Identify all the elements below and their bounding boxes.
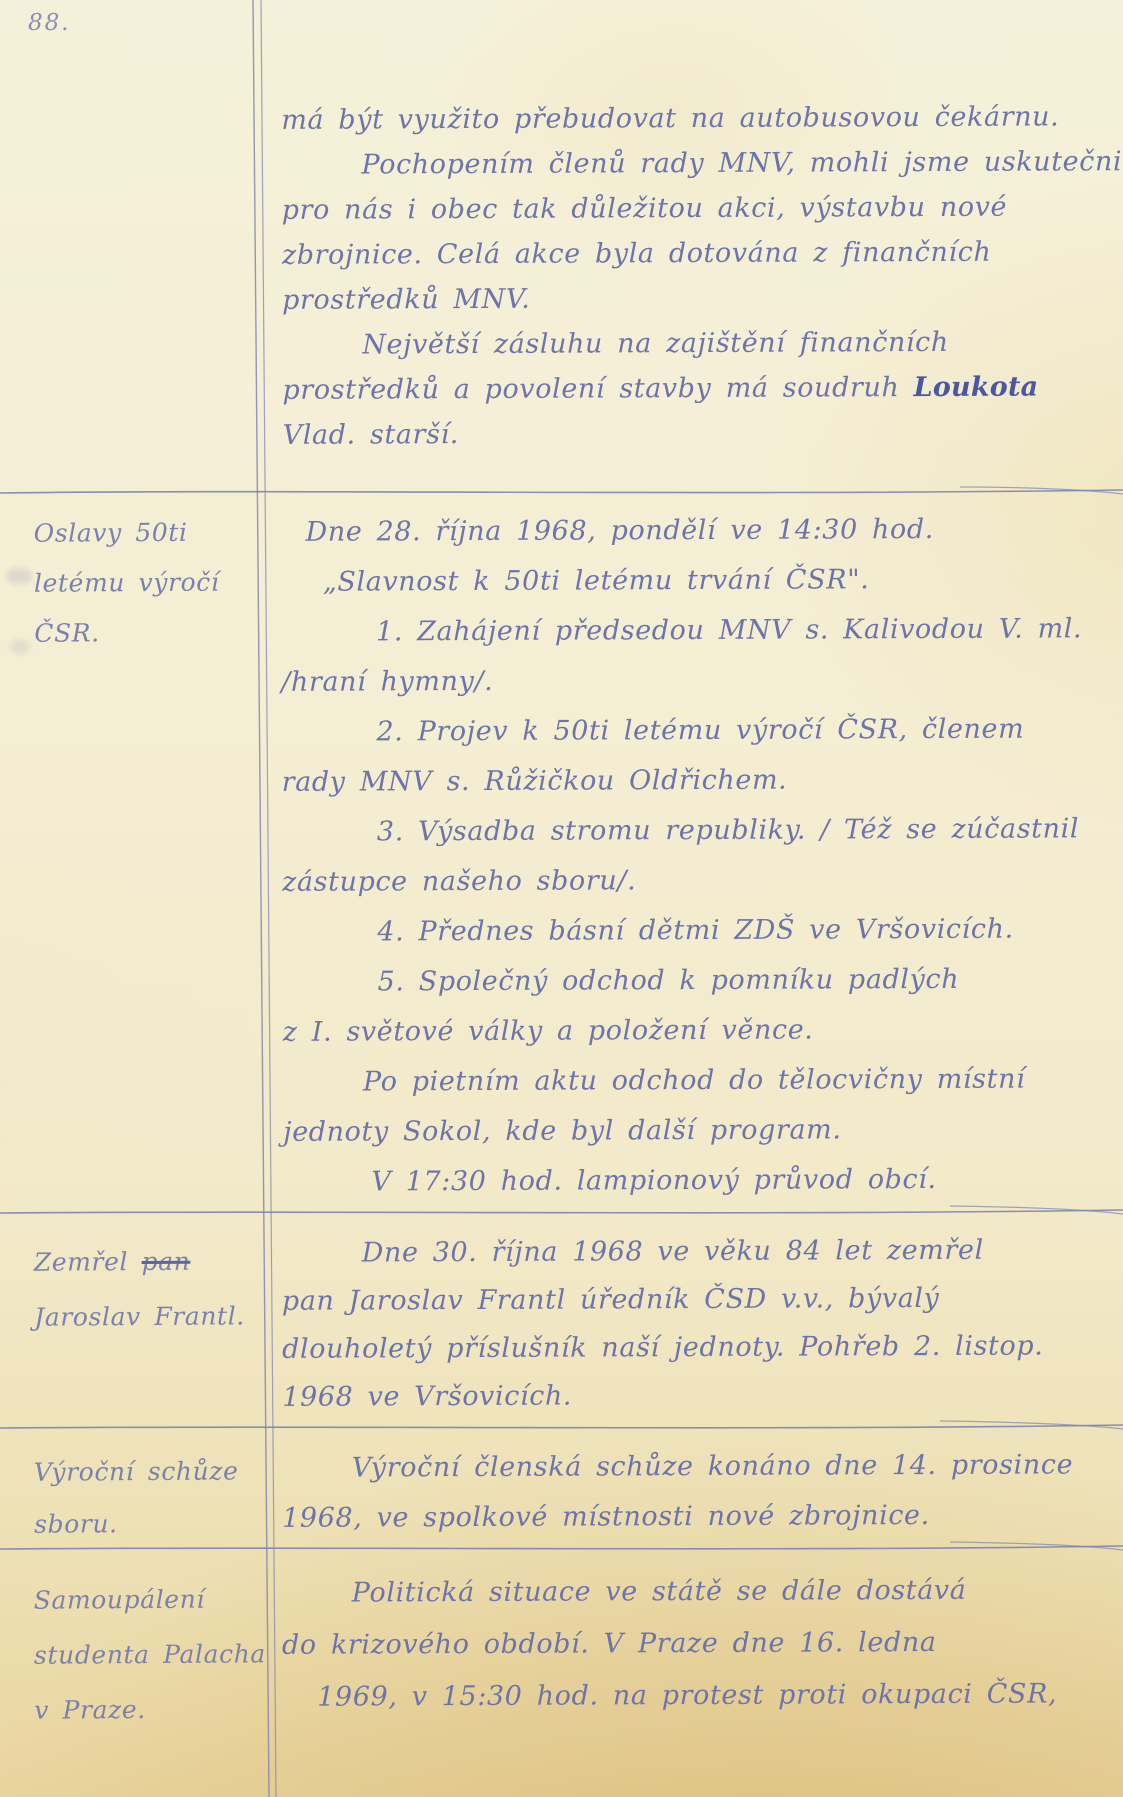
text-line: 3. Výsadba stromu republiky. / Též se zú… xyxy=(282,804,1117,858)
text-line: Výroční členská schůze konáno dne 14. pr… xyxy=(282,1440,1117,1494)
text-line: Politická situace ve státě se dále dostá… xyxy=(282,1564,1117,1620)
margin-note-2: Zemřel pan Jaroslav Frantl. xyxy=(34,1233,265,1344)
text-fragment: prostředků a povolení stavby má soudruh xyxy=(282,372,913,406)
text-line: zástupce našeho sboru/. xyxy=(282,854,1117,908)
margin-line: Oslavy 50ti xyxy=(34,507,264,558)
margin-line: letému výročí xyxy=(34,557,264,608)
text-line: 2. Projev k 50ti letému výročí ČSR, člen… xyxy=(281,704,1116,758)
text-line: zbrojnice. Celá akce byla dotována z fin… xyxy=(282,229,1117,278)
text-line: Po pietním aktu odchod do tělocvičny mís… xyxy=(283,1054,1118,1108)
margin-note-3: Výroční schůze sboru. xyxy=(34,1445,265,1550)
text-line: 1968, ve spolkové místnosti nové zbrojni… xyxy=(282,1490,1117,1544)
page-number: 88. xyxy=(28,10,71,36)
text-line: pan Jaroslav Frantl úředník ČSD v.v., bý… xyxy=(282,1274,1117,1326)
text-fragment: Zemřel xyxy=(34,1247,142,1277)
text-line: rady MNV s. Růžičkou Oldřichem. xyxy=(282,754,1117,808)
text-line: pro nás i obec tak důležitou akci, výsta… xyxy=(282,184,1117,233)
section-rule-3 xyxy=(0,1425,1123,1428)
text-line: Pochopením členů rady MNV, mohli jsme us… xyxy=(281,139,1116,188)
section-rule-2 xyxy=(0,1210,1123,1213)
text-line: má být využito přebudovat na autobusovou… xyxy=(281,94,1116,143)
text-line: jednoty Sokol, kde byl další program. xyxy=(283,1104,1118,1158)
text-line: V 17:30 hod. lampionový průvod obcí. xyxy=(283,1154,1118,1208)
text-line: prostředků MNV. xyxy=(282,274,1117,323)
text-line: z I. světové války a položení věnce. xyxy=(283,1004,1118,1058)
emphasized-name: Loukota xyxy=(914,372,1039,404)
section-body-1: Dne 28. října 1968, pondělí ve 14:30 hod… xyxy=(280,504,1118,1208)
text-line: Největší zásluhu na zajištění finančních xyxy=(282,319,1117,368)
section-rule-1 xyxy=(0,490,1123,493)
text-line: dlouholetý příslušník naší jednoty. Pohř… xyxy=(282,1322,1117,1374)
text-line: „Slavnost k 50ti letému trvání ČSR". xyxy=(281,554,1116,608)
text-line: 1. Zahájení předsedou MNV s. Kalivodou V… xyxy=(281,604,1116,658)
text-line: 5. Společný odchod k pomníku padlých xyxy=(282,954,1117,1008)
section-body-4: Politická situace ve státě se dále dostá… xyxy=(282,1564,1118,1724)
text-line: Vlad. starší. xyxy=(283,409,1118,458)
text-line: prostředků a povolení stavby má soudruh … xyxy=(282,364,1117,413)
margin-line: sboru. xyxy=(34,1497,264,1550)
text-line: 1969, v 15:30 hod. na protest proti okup… xyxy=(282,1668,1117,1724)
text-line: 1968 ve Vršovicích. xyxy=(282,1370,1117,1422)
margin-line: ČSR. xyxy=(34,607,264,658)
struck-word: pan xyxy=(142,1247,191,1276)
margin-line: Zemřel pan xyxy=(34,1233,264,1289)
text-line: Dne 30. října 1968 ve věku 84 let zemřel xyxy=(282,1226,1117,1278)
chronicle-page: 88. má být využito přebudovat na autobus… xyxy=(0,0,1123,1797)
text-line: /hraní hymny/. xyxy=(281,654,1116,708)
text-line: Dne 28. října 1968, pondělí ve 14:30 hod… xyxy=(280,504,1115,558)
margin-line: Samoupálení xyxy=(33,1571,263,1627)
margin-line: Výroční schůze xyxy=(34,1445,264,1498)
margin-line: Jaroslav Frantl. xyxy=(34,1288,264,1344)
text-line: 4. Přednes básní dětmi ZDŠ ve Vršovicích… xyxy=(282,904,1117,958)
margin-note-4: Samoupálení studenta Palacha v Praze. xyxy=(33,1571,264,1737)
ink-smudge xyxy=(6,568,32,584)
margin-note-1: Oslavy 50ti letému výročí ČSR. xyxy=(34,507,265,658)
section-body-3: Výroční členská schůze konáno dne 14. pr… xyxy=(282,1440,1117,1544)
section-body-2: Dne 30. října 1968 ve věku 84 let zemřel… xyxy=(282,1226,1118,1422)
margin-line: studenta Palacha xyxy=(34,1626,264,1682)
section-body-0: má být využito přebudovat na autobusovou… xyxy=(281,94,1118,458)
text-line: do krizového období. V Praze dne 16. led… xyxy=(282,1616,1117,1672)
ink-smudge xyxy=(10,640,30,654)
margin-line: v Praze. xyxy=(34,1681,264,1737)
